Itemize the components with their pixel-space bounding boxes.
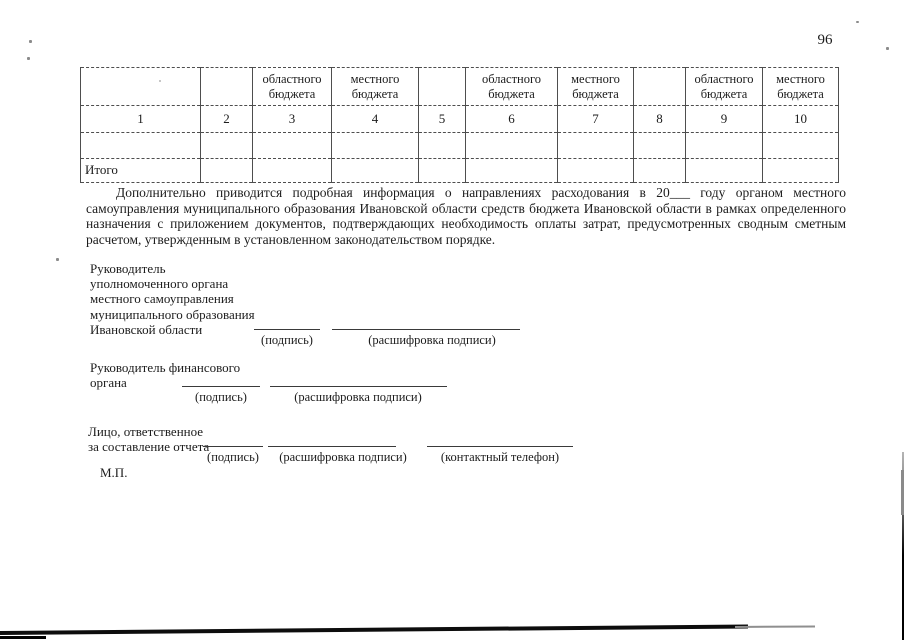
stamp-placeholder: М.П. — [100, 465, 127, 481]
column-number-cell: 9 — [686, 106, 763, 133]
column-number-cell: 7 — [558, 106, 634, 133]
column-number-cell: 1 — [81, 106, 201, 133]
column-number-row: 1 2 3 4 5 6 7 8 9 10 — [81, 106, 839, 133]
column-number-cell: 6 — [466, 106, 558, 133]
header-cell — [81, 68, 201, 106]
empty-cell — [201, 159, 253, 183]
signature-title-line: Руководитель — [90, 261, 290, 276]
total-label-cell: Итого — [81, 159, 201, 183]
signature-transcript-line — [270, 386, 447, 387]
transcript-field-caption: (расшифровка подписи) — [268, 450, 418, 465]
column-number-cell: 10 — [763, 106, 839, 133]
empty-cell — [763, 133, 839, 159]
signature-line — [254, 329, 320, 330]
signature-title-line: Руководитель финансового — [90, 360, 290, 375]
transcript-field-caption: (расшифровка подписи) — [288, 390, 428, 405]
header-cell — [419, 68, 466, 106]
contact-phone-line — [427, 446, 573, 447]
signature-title-line: органа — [90, 375, 290, 390]
header-cell-regional-budget: областного бюджета — [466, 68, 558, 106]
empty-cell — [201, 133, 253, 159]
contact-phone-field-caption: (контактный телефон) — [427, 450, 573, 465]
header-cell-local-budget: местного бюджета — [332, 68, 419, 106]
table-header-row: областного бюджета местного бюджета обла… — [81, 68, 839, 106]
header-cell-local-budget: местного бюджета — [558, 68, 634, 106]
signature-line — [182, 386, 260, 387]
empty-cell — [686, 133, 763, 159]
column-number-cell: 4 — [332, 106, 419, 133]
signature-title-line: уполномоченного органа — [90, 276, 290, 291]
header-cell-local-budget: местного бюджета — [763, 68, 839, 106]
empty-cell — [419, 133, 466, 159]
scan-speck — [886, 47, 889, 50]
column-number-cell: 2 — [201, 106, 253, 133]
signature-field-caption: (подпись) — [254, 333, 320, 348]
scan-artifact-right-edge-thick — [901, 470, 904, 515]
empty-cell — [253, 159, 332, 183]
signature-title: Руководитель уполномоченного органа мест… — [90, 261, 290, 337]
empty-cell — [763, 159, 839, 183]
signature-field-caption: (подпись) — [182, 390, 260, 405]
scan-speck — [56, 258, 59, 261]
header-cell — [201, 68, 253, 106]
empty-cell — [466, 159, 558, 183]
column-number-cell: 8 — [634, 106, 686, 133]
empty-cell — [253, 133, 332, 159]
page-number: 96 — [808, 32, 842, 49]
signature-title-line: Лицо, ответственное — [88, 424, 288, 439]
signature-title-line: муниципального образования — [90, 307, 290, 322]
empty-cell — [332, 159, 419, 183]
total-row: Итого — [81, 159, 839, 183]
column-number-cell: 5 — [419, 106, 466, 133]
empty-cell — [634, 133, 686, 159]
signature-field-caption: (подпись) — [200, 450, 266, 465]
scanned-document-page: { "page_number": "96", "table": { "heade… — [0, 0, 905, 640]
empty-cell — [634, 159, 686, 183]
scan-speck — [29, 40, 32, 43]
signature-transcript-line — [268, 446, 396, 447]
transcript-field-caption: (расшифровка подписи) — [356, 333, 508, 348]
empty-cell — [558, 133, 634, 159]
empty-cell — [81, 133, 201, 159]
budget-table: областного бюджета местного бюджета обла… — [80, 67, 839, 183]
empty-cell — [558, 159, 634, 183]
scan-speck — [856, 21, 859, 23]
scan-artifact-bottom-line-tail — [735, 625, 815, 628]
scan-artifact-bottom-stub — [0, 636, 46, 639]
scan-speck — [27, 57, 30, 60]
empty-cell — [419, 159, 466, 183]
signature-transcript-line — [332, 329, 520, 330]
header-cell-regional-budget: областного бюджета — [686, 68, 763, 106]
empty-cell — [332, 133, 419, 159]
signature-line — [203, 446, 263, 447]
note-paragraph: Дополнительно приводится подробная инфор… — [86, 185, 846, 247]
header-cell-regional-budget: областного бюджета — [253, 68, 332, 106]
scan-artifact-right-edge — [902, 452, 904, 640]
empty-data-row — [81, 133, 839, 159]
empty-cell — [466, 133, 558, 159]
header-cell — [634, 68, 686, 106]
signature-title-line: местного самоуправления — [90, 291, 290, 306]
column-number-cell: 3 — [253, 106, 332, 133]
scan-artifact-bottom-line — [0, 624, 748, 635]
empty-cell — [686, 159, 763, 183]
